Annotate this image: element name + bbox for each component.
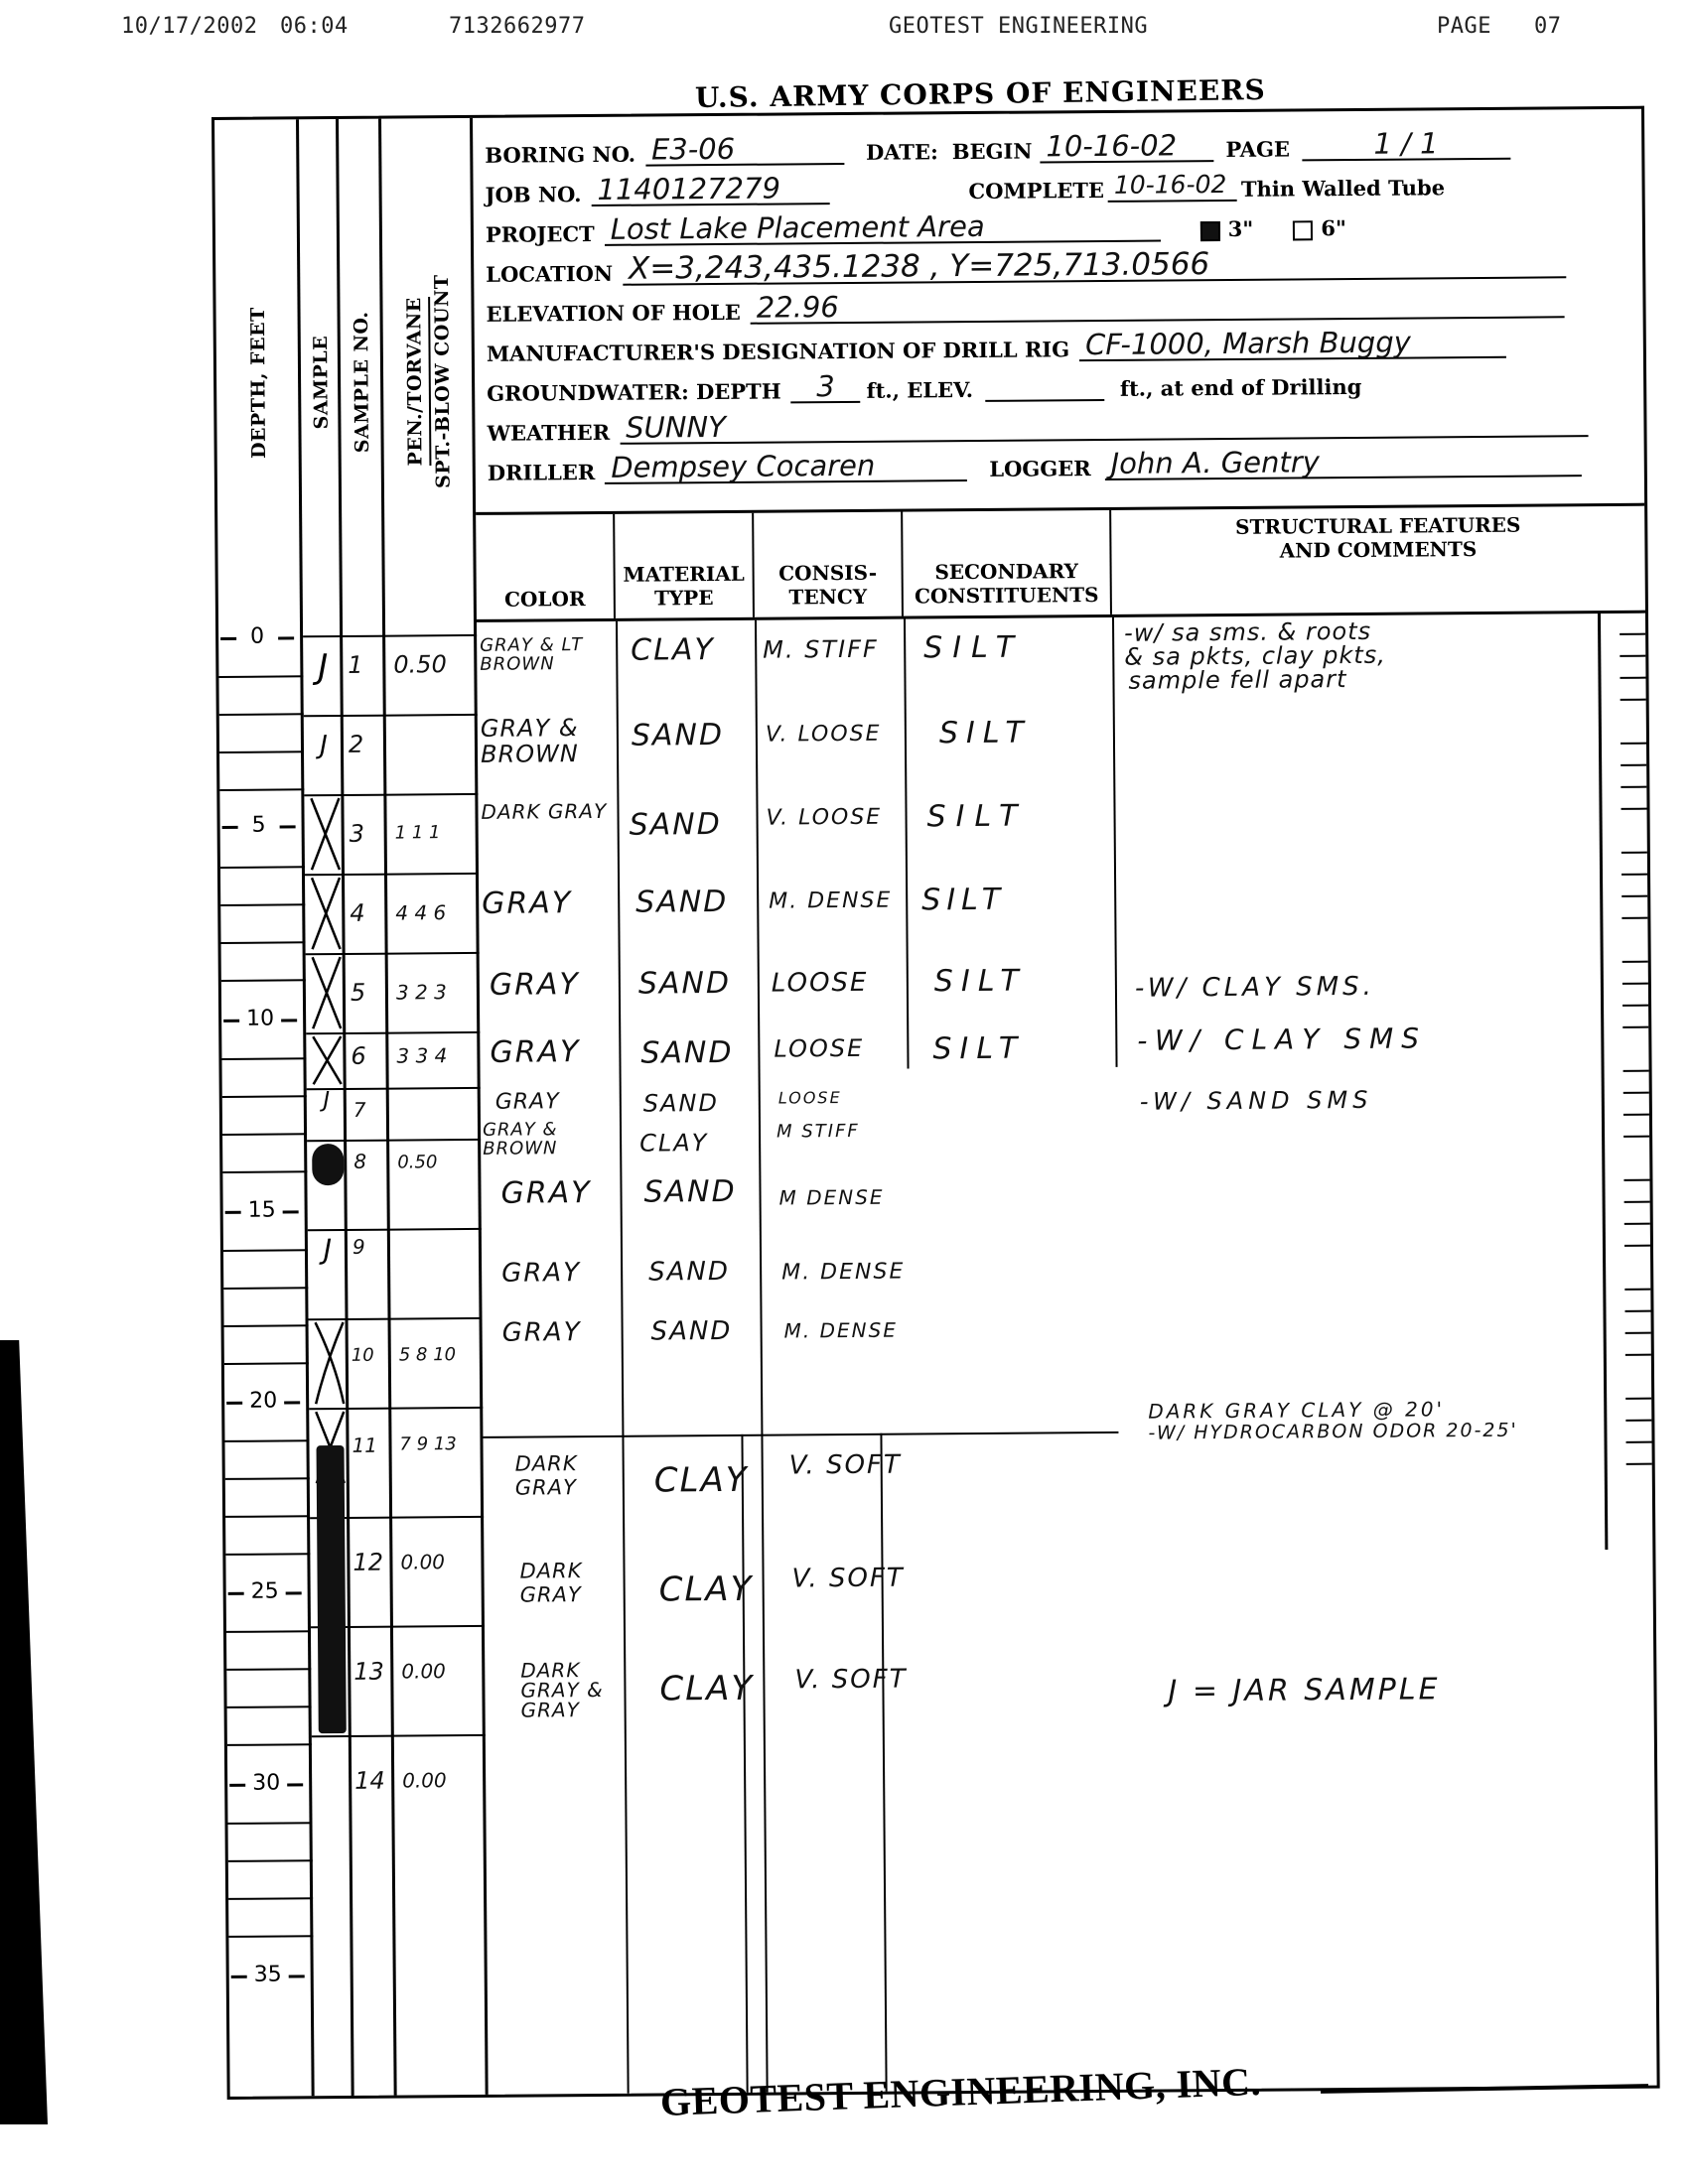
color-cell: DARK GRAY & GRAY [520, 1660, 616, 1720]
weather-field[interactable]: SUNNY [620, 405, 1588, 445]
depth-tick-10: 10 [221, 1006, 299, 1031]
consistency-header: CONSIS-TENCY [754, 512, 904, 617]
consistency-cell: LOOSE [774, 1032, 864, 1065]
consistency-cell: LOOSE [772, 967, 869, 1000]
spt-value: 3 3 4 [396, 1039, 447, 1071]
secondary-constituents-header: SECONDARYCONSTITUENTS [903, 510, 1112, 616]
structural-features-header: STRUCTURAL FEATURESAND COMMENTS [1111, 506, 1645, 614]
material-cell: SAND [632, 720, 724, 752]
spt-blow-count-header: SPT.-BLOW COUNT [430, 274, 456, 488]
begin-label: BEGIN [952, 139, 1033, 165]
boring-no-label: BORING NO. [485, 142, 635, 168]
comment-sample-7: -W/ SAND SMS [1140, 1088, 1373, 1115]
spt-value: 3 2 3 [396, 976, 447, 1008]
page-field[interactable]: 1 / 1 [1302, 128, 1510, 162]
ft-elev-label: ft., ELEV. [867, 377, 974, 403]
comment-sample-6: -W/ CLAY SMS [1137, 1025, 1427, 1052]
comment-sample-12: -W/ HYDROCARBON ODOR 20-25' [1148, 1419, 1518, 1446]
pen-torvane-header: PEN./TORVANE [402, 297, 431, 466]
comment-sample-5: -W/ CLAY SMS. [1135, 975, 1375, 1002]
sample-no: 10 [352, 1340, 374, 1372]
page-label: PAGE [1225, 136, 1290, 162]
jar-sample-legend: J = JAR SAMPLE [1168, 1677, 1440, 1704]
depth-tick-15: 15 [223, 1197, 301, 1223]
consistency-cell: M. DENSE [783, 1314, 898, 1347]
consistency-cell: V. LOOSE [766, 719, 882, 751]
color-cell: GRAY [490, 1036, 580, 1069]
column-headers: COLOR MATERIALTYPE CONSIS-TENCY SECONDAR… [476, 506, 1645, 622]
consistency-cell: V. SOFT [791, 1563, 904, 1595]
sample-no-header: SAMPLE NO. [351, 311, 373, 453]
color-cell: DARK GRAY [515, 1451, 615, 1500]
pen-value: 0.00 [401, 1655, 446, 1687]
pen-value: 0.00 [402, 1764, 447, 1796]
boring-log-form: DEPTH, FEET SAMPLE SAMPLE NO. PEN./TORVA… [211, 106, 1660, 2100]
split-spoon-sample-icon [309, 1034, 345, 1086]
consistency-cell: LOOSE [778, 1082, 842, 1115]
depth-tick-30: 30 [227, 1770, 305, 1796]
sample-header: SAMPLE [310, 336, 333, 430]
logger-label: LOGGER [989, 456, 1091, 481]
material-cell: SAND [638, 968, 731, 1001]
sample-no: 2 [349, 729, 364, 760]
begin-date-field[interactable]: 10-16-02 [1040, 130, 1213, 163]
scan-edge-artifact [0, 1340, 48, 2124]
consistency-cell: V. LOOSE [766, 802, 882, 835]
jar-sample-mark: J [310, 1233, 346, 1266]
consistency-cell: V. SOFT [794, 1664, 907, 1697]
color-cell: GRAY [482, 887, 572, 920]
project-field[interactable]: Lost Lake Placement Area [605, 209, 1161, 245]
tube-3in-option[interactable]: 3" [1200, 216, 1254, 241]
project-label: PROJECT [486, 221, 595, 247]
complete-label: COMPLETE [968, 178, 1104, 204]
color-cell: GRAY [490, 969, 580, 1002]
secondary-cell: SILT [921, 885, 1006, 917]
sample-no: 8 [353, 1146, 366, 1177]
split-spoon-sample-icon [312, 1320, 349, 1406]
sample-no: 7 [353, 1094, 366, 1126]
consistency-cell: M. DENSE [769, 886, 892, 918]
date-label: DATE: [866, 139, 938, 165]
logger-field[interactable]: John A. Gentry [1105, 445, 1582, 480]
material-type-header: MATERIALTYPE [615, 513, 755, 618]
split-spoon-sample-icon [308, 876, 345, 951]
material-cell: SAND [643, 1176, 736, 1209]
spt-value: 4 4 6 [395, 896, 446, 928]
material-cell: SAND [640, 1037, 733, 1070]
boring-no-field[interactable]: E3-06 [645, 133, 844, 167]
sample-no: 6 [351, 1040, 366, 1072]
depth-tick-35: 35 [229, 1962, 307, 1987]
groundwater-label: GROUNDWATER: DEPTH [487, 379, 781, 406]
sample-no: 14 [354, 1765, 385, 1797]
sample-no: 13 [353, 1656, 384, 1688]
material-cell: CLAY [654, 1464, 749, 1497]
log-body: 0 5 10 15 20 25 30 35 J J [218, 614, 1657, 2097]
job-no-label: JOB NO. [486, 182, 582, 207]
boring-info: BORING NO. E3-06 DATE: BEGIN 10-16-02 PA… [473, 109, 1644, 515]
sample-no: 4 [350, 897, 365, 929]
drill-rig-field[interactable]: CF-1000, Marsh Buggy [1079, 327, 1506, 361]
right-depth-scale [1598, 614, 1652, 1550]
fax-page-number: 07 [1534, 14, 1562, 39]
color-cell: GRAY [500, 1177, 591, 1210]
secondary-cell: SILT [934, 966, 1027, 999]
pen-value: 0.00 [400, 1546, 445, 1577]
checkbox-checked-icon[interactable] [1200, 221, 1220, 241]
location-field[interactable]: X=3,243,435.1238 , Y=725,713.0566 [623, 246, 1566, 285]
jar-sample-mark: J [305, 647, 341, 687]
groundwater-elev-field[interactable] [985, 399, 1104, 402]
comment-sample-1: sample fell apart [1128, 667, 1346, 694]
material-cell: SAND [648, 1256, 730, 1289]
secondary-cell: SILT [939, 718, 1032, 751]
consistency-cell: M. DENSE [781, 1257, 905, 1290]
document-title: U.S. ARMY CORPS OF ENGINEERS [695, 73, 1266, 114]
depth-tick-25: 25 [226, 1578, 304, 1604]
consistency-cell: M. STIFF [763, 633, 879, 666]
fax-header: 10/17/2002 06:04 7132662977 GEOTEST ENGI… [0, 14, 1692, 44]
fax-date: 10/17/2002 [121, 14, 257, 39]
split-spoon-sample-icon [309, 955, 346, 1030]
material-cell: CLAY [639, 1127, 708, 1160]
color-cell: GRAY [502, 1316, 582, 1349]
sample-no: 1 [348, 649, 363, 681]
checkbox-unchecked-icon[interactable] [1293, 220, 1313, 240]
depth-tick-5: 5 [220, 812, 298, 838]
color-header: COLOR [476, 514, 616, 619]
elevation-field[interactable]: 22.96 [751, 286, 1565, 324]
material-cell: CLAY [659, 1573, 754, 1606]
material-cell: CLAY [659, 1673, 754, 1706]
pen-value: 0.50 [397, 1147, 437, 1178]
color-cell: GRAY & BROWN [483, 1120, 602, 1159]
material-cell: SAND [635, 887, 728, 919]
driller-field[interactable]: Dempsey Cocaren [605, 450, 967, 484]
consistency-cell: M STIFF [776, 1116, 860, 1149]
groundwater-depth-field[interactable]: 3 [790, 371, 860, 404]
consistency-cell: M DENSE [778, 1181, 884, 1214]
material-cell: CLAY [631, 634, 715, 667]
depth-header: DEPTH, FEET [247, 307, 270, 459]
elevation-label: ELEVATION OF HOLE [486, 300, 740, 327]
end-of-drilling-label: ft., at end of Drilling [1120, 374, 1362, 401]
fax-phone: 7132662977 [449, 14, 585, 39]
color-cell: GRAY [501, 1257, 581, 1290]
material-cell: SAND [629, 809, 721, 842]
location-label: LOCATION [486, 261, 613, 287]
driller-label: DRILLER [488, 460, 596, 485]
jar-sample-mark: J [306, 731, 342, 760]
spt-value: 5 8 10 [399, 1339, 457, 1371]
consistency-cell: V. SOFT [789, 1449, 902, 1482]
depth-tick-0: 0 [218, 623, 296, 649]
secondary-cell: SILT [932, 1033, 1025, 1066]
secondary-cell: SILT [923, 632, 1024, 665]
sample-no: 3 [350, 818, 365, 850]
complete-date-field[interactable]: 10-16-02 [1108, 170, 1237, 203]
sample-no: 5 [351, 977, 366, 1009]
color-cell: DARK GRAY [481, 800, 610, 823]
color-cell: GRAY & LT BROWN [480, 635, 609, 674]
depth-tick-20: 20 [224, 1388, 302, 1414]
thin-walled-tube-label: Thin Walled Tube [1241, 175, 1445, 202]
fax-page-label: PAGE [1437, 14, 1491, 39]
tube-6in-option[interactable]: 6" [1293, 215, 1346, 240]
spt-value: 7 9 13 [399, 1429, 457, 1460]
secondary-cell: SILT [926, 801, 1027, 834]
jar-sample-mark: J [309, 1088, 345, 1113]
job-no-field[interactable]: 1140127279 [591, 173, 829, 206]
spt-value: 1 1 1 [395, 817, 441, 849]
split-spoon-sample-icon [307, 796, 344, 872]
material-cell: SAND [650, 1315, 732, 1348]
material-cell: SAND [643, 1087, 719, 1120]
tube-sample-icon [317, 1445, 347, 1733]
color-cell: GRAY & BROWN [481, 715, 610, 767]
fax-time: 06:04 [280, 14, 349, 39]
drill-rig-label: MANUFACTURER'S DESIGNATION OF DRILL RIG [487, 337, 1069, 366]
sample-no: 12 [352, 1547, 383, 1578]
pen-value: 0.50 [393, 648, 447, 680]
color-cell: GRAY [495, 1092, 560, 1112]
weather-label: WEATHER [487, 420, 610, 446]
sample-no: 11 [352, 1430, 377, 1461]
tube-sample-icon [312, 1144, 344, 1185]
sample-no: 9 [352, 1231, 365, 1263]
color-cell: DARK GRAY [519, 1559, 619, 1607]
fax-sender: GEOTEST ENGINEERING [889, 14, 1148, 39]
